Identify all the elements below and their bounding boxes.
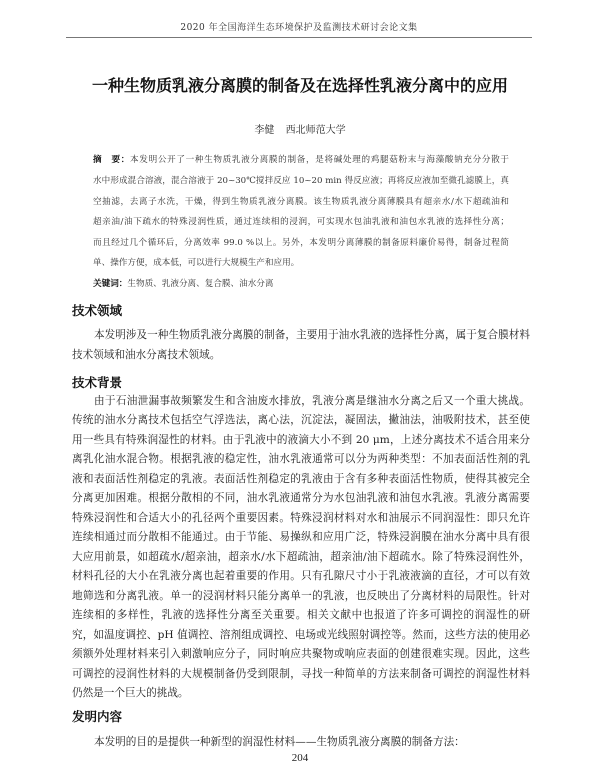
body-line: 材料孔径的大小在乳液分离也起着重要的作用。只有孔隙尺寸小于乳液液滴的直径，才可以… (72, 568, 530, 583)
author-line: 李健 西北师范大学 (0, 121, 600, 136)
keywords-line: 关键词：生物质、乳液分离、复合膜、油水分离 (93, 277, 509, 289)
body-line: 连续相的多样性，乳液的选择性分离至关重要。相关文献中也报道了许多可调控的润湿性的… (72, 607, 530, 622)
abstract-label: 摘 要： (93, 155, 130, 165)
body-line: 可调控的浸润性材料的大规模制备仍受到限制，寻找一种简单的方法来制备可调控的润湿性… (72, 666, 530, 681)
section-heading-technical-field: 技术领域 (72, 301, 122, 319)
keywords: 生物质、乳液分离、复合膜、油水分离 (127, 279, 273, 289)
body-line: 本发明的目的是提供一种新型的润湿性材料——生物质乳液分离膜的制备方法： (94, 734, 530, 749)
body-line: 技术领域和油水分离技术领域。 (72, 347, 530, 362)
abstract-line: 水中形成混合溶液，混合溶液于 20~30℃搅拌反应 10~20 min 得反应液… (93, 174, 509, 186)
page-number: 204 (0, 752, 600, 764)
running-head: 2020 年全国海洋生态环境保护及监测技术研讨会论文集 (66, 20, 532, 33)
header-rule (66, 37, 532, 38)
body-line: 离乳化油水混合物。根据乳液的稳定性，油水乳液通常可以分为两种类型：不加表面活性剂… (72, 451, 530, 466)
abstract-line: 单、操作方便，成本低，可以进行大规模生产和应用。 (93, 256, 509, 268)
section-heading-invention-content: 发明内容 (72, 707, 122, 725)
body-line: 大应用前景，如超疏水/超亲油，超亲水/水下超疏油，超亲油/油下超疏水。除了特殊浸… (72, 549, 530, 564)
author-affiliation: 西北师范大学 (286, 125, 346, 136)
body-line: 地筛选和分离乳液。单一的浸润材料只能分离单一的乳液，也反映出了分离材料的局限性。… (72, 588, 530, 603)
keywords-label: 关键词： (93, 279, 127, 289)
body-line: 本发明涉及一种生物质乳液分离膜的制备，主要用于油水乳液的选择性分离，属于复合膜材… (94, 327, 530, 342)
abstract-line: 空抽滤，去离子水洗，干燥，得到生物质乳液分离膜。该生物质乳液分离薄膜具有超亲水/… (93, 195, 509, 207)
section-heading-background: 技术背景 (72, 373, 122, 391)
body-line: 用一些具有特殊润湿性的材料。由于乳液中的液滴大小不到 20 μm，上述分离技术不… (72, 432, 530, 447)
body-line: 特殊浸润性和合适大小的孔径两个重要因素。特殊浸润材料对水和油展示不同润湿性：即只… (72, 510, 530, 525)
body-line: 仍然是一个巨大的挑战。 (72, 685, 530, 700)
paper-title: 一种生物质乳液分离膜的制备及在选择性乳液分离中的应用 (0, 73, 600, 96)
abstract-line: 超亲油/油下疏水的特殊浸润性质，通过连续相的浸润，可实现水包油乳液和油包水乳液的… (93, 215, 509, 227)
body-line: 由于石油泄漏事故频繁发生和含油废水排放，乳液分离是继油水分离之后又一个重大挑战。 (94, 393, 530, 408)
body-line: 究，如温度调控、pH 值调控、溶剂组成调控、电场或光线照射调控等。然而，这些方法… (72, 627, 530, 642)
body-line: 连续相通过而分散相不能通过。由于节能、易操纵和应用广泛，特殊浸润膜在油水分离中具… (72, 529, 530, 544)
body-line: 分离更加困难。根据分散相的不同，油水乳液通常分为水包油乳液和油包水乳液。乳液分离… (72, 490, 530, 505)
body-line: 液和表面活性剂稳定的乳液。表面活性剂稳定的乳液由于含有多种表面活性物质，使得其被… (72, 471, 530, 486)
body-line: 须额外处理材料来引入刺激响应分子，同时响应共聚物或响应表面的创建很难实现。因此，… (72, 646, 530, 661)
abstract-line: 摘 要：本发明公开了一种生物质乳液分离膜的制备，是将碱处理的鸡腿菇粉末与海藻酸钠… (93, 153, 509, 165)
author-name: 李健 (254, 125, 274, 136)
body-line: 传统的油水分离技术包括空气浮选法，离心法，沉淀法，凝固法，撇油法，油吸附技术，甚… (72, 412, 530, 427)
abstract-line: 而且经过几个循环后，分离效率 99.0 %以上。另外，本发明分离薄膜的制备原料廉… (93, 236, 509, 248)
